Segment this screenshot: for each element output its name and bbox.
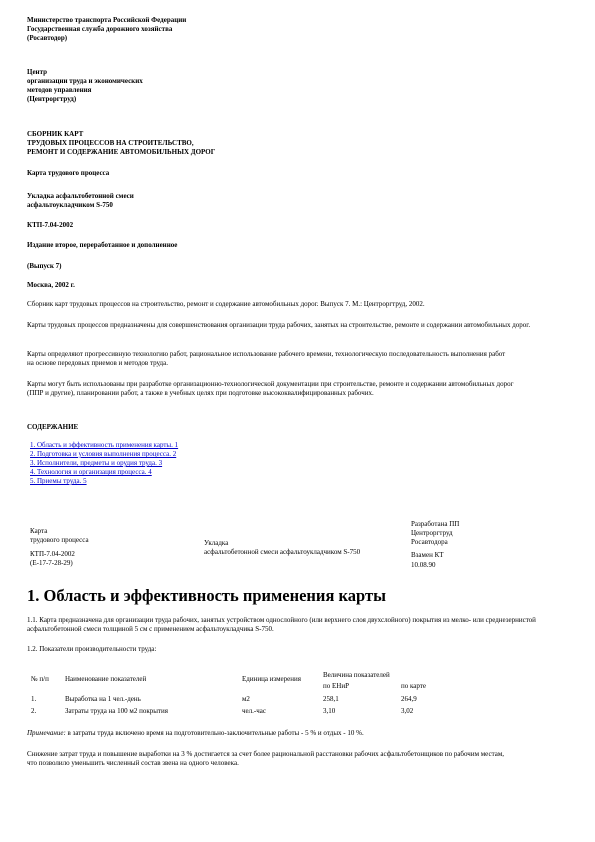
collection-title-3: РЕМОНТ И СОДЕРЖАНИЕ АВТОМОБИЛЬНЫХ ДОРОГ <box>27 148 215 157</box>
toc-link-1[interactable]: 1. Область и эффективность применения ка… <box>30 441 178 450</box>
subject-line-2: асфальтоукладчиком S-750 <box>27 201 113 210</box>
th-card: по карте <box>401 682 426 691</box>
row-2-indicator: Затраты труда на 100 м2 покрытия <box>65 707 168 716</box>
card-label-1: Карта <box>30 527 47 536</box>
row-1-unit: м2 <box>242 695 250 704</box>
card-code: КТП-7.04-2002 <box>27 221 73 230</box>
center-line-2: организации труда и экономических <box>27 77 143 86</box>
section-1-title: 1. Область и эффективность применения ка… <box>27 586 386 606</box>
center-line-4: (Центроргтруд) <box>27 95 76 104</box>
card-type: Карта трудового процесса <box>27 169 109 178</box>
center-line-1: Центр <box>27 68 47 77</box>
intro-paragraph-2: Карты трудовых процессов предназначены д… <box>27 321 547 330</box>
section-1-paragraph-3: Снижение затрат труда и повышение вырабо… <box>27 750 507 768</box>
intro-paragraph-4: Карты могут быть использованы при разраб… <box>27 380 527 398</box>
th-values: Величина показателей <box>323 671 390 680</box>
replaces-1: Взамен КТ <box>411 551 444 560</box>
ministry-line-1: Министерство транспорта Российской Федер… <box>27 16 186 25</box>
row-1-indicator: Выработка на 1 чел.-день <box>65 695 141 704</box>
card-label-2: трудового процесса <box>30 536 89 545</box>
issue: (Выпуск 7) <box>27 262 62 271</box>
note-label: Примечание: <box>27 729 66 737</box>
th-number: № п/п <box>31 675 49 684</box>
row-2-unit: чел.-час <box>242 707 266 716</box>
row-2-enir: 3,10 <box>323 707 335 716</box>
toc-heading: СОДЕРЖАНИЕ <box>27 423 78 432</box>
card-subject-2: асфальтобетонной смеси асфальтоукладчико… <box>204 548 360 557</box>
th-indicator: Наименование показателей <box>65 675 146 684</box>
row-1-enir: 258,1 <box>323 695 339 704</box>
replaces-2: 10.08.90 <box>411 561 436 570</box>
collection-title-2: ТРУДОВЫХ ПРОЦЕССОВ НА СТРОИТЕЛЬСТВО, <box>27 139 194 148</box>
subject-line-1: Укладка асфальтобетонной смеси <box>27 192 134 201</box>
th-enir: по ЕНиР <box>323 682 349 691</box>
edition: Издание второе, переработанное и дополне… <box>27 241 177 250</box>
row-2-number: 2. <box>31 707 36 716</box>
section-1-paragraph-1: 1.1. Карта предназначена для организации… <box>27 616 572 634</box>
row-2-card: 3,02 <box>401 707 413 716</box>
th-unit: Единица измерения <box>242 675 301 684</box>
ministry-line-2: Государственная служба дорожного хозяйст… <box>27 25 172 34</box>
note-text: в затраты труда включено время на подгот… <box>66 729 364 737</box>
developer-2: Центроргтруд <box>411 529 453 538</box>
toc-list: 1. Область и эффективность применения ка… <box>30 441 178 486</box>
developer-1: Разработана ПП <box>411 520 459 529</box>
toc-link-4[interactable]: 4. Технология и организация процесса. 4 <box>30 468 178 477</box>
card-code-1: КТП-7.04-2002 <box>30 550 75 559</box>
developer-3: Росавтодора <box>411 538 448 547</box>
center-line-3: методов управления <box>27 86 91 95</box>
collection-title-1: СБОРНИК КАРТ <box>27 130 83 139</box>
toc-link-3[interactable]: 3. Исполнители, предметы и орудия труда.… <box>30 459 178 468</box>
row-1-card: 264,9 <box>401 695 417 704</box>
ministry-line-3: (Росавтодор) <box>27 34 67 43</box>
place-year: Москва, 2002 г. <box>27 281 75 290</box>
row-1-number: 1. <box>31 695 36 704</box>
section-1-paragraph-2: 1.2. Показатели производительности труда… <box>27 645 156 654</box>
note: Примечание: в затраты труда включено вре… <box>27 729 364 738</box>
toc-link-2[interactable]: 2. Подготовка и условия выполнения проце… <box>30 450 178 459</box>
intro-paragraph-3: Карты определяют прогрессивную технологи… <box>27 350 507 368</box>
card-subject-1: Укладка <box>204 539 228 548</box>
toc-link-5[interactable]: 5. Приемы труда. 5 <box>30 477 178 486</box>
card-code-2: (Е-17-7-28-29) <box>30 559 73 568</box>
intro-paragraph-1: Сборник карт трудовых процессов на строи… <box>27 300 572 309</box>
